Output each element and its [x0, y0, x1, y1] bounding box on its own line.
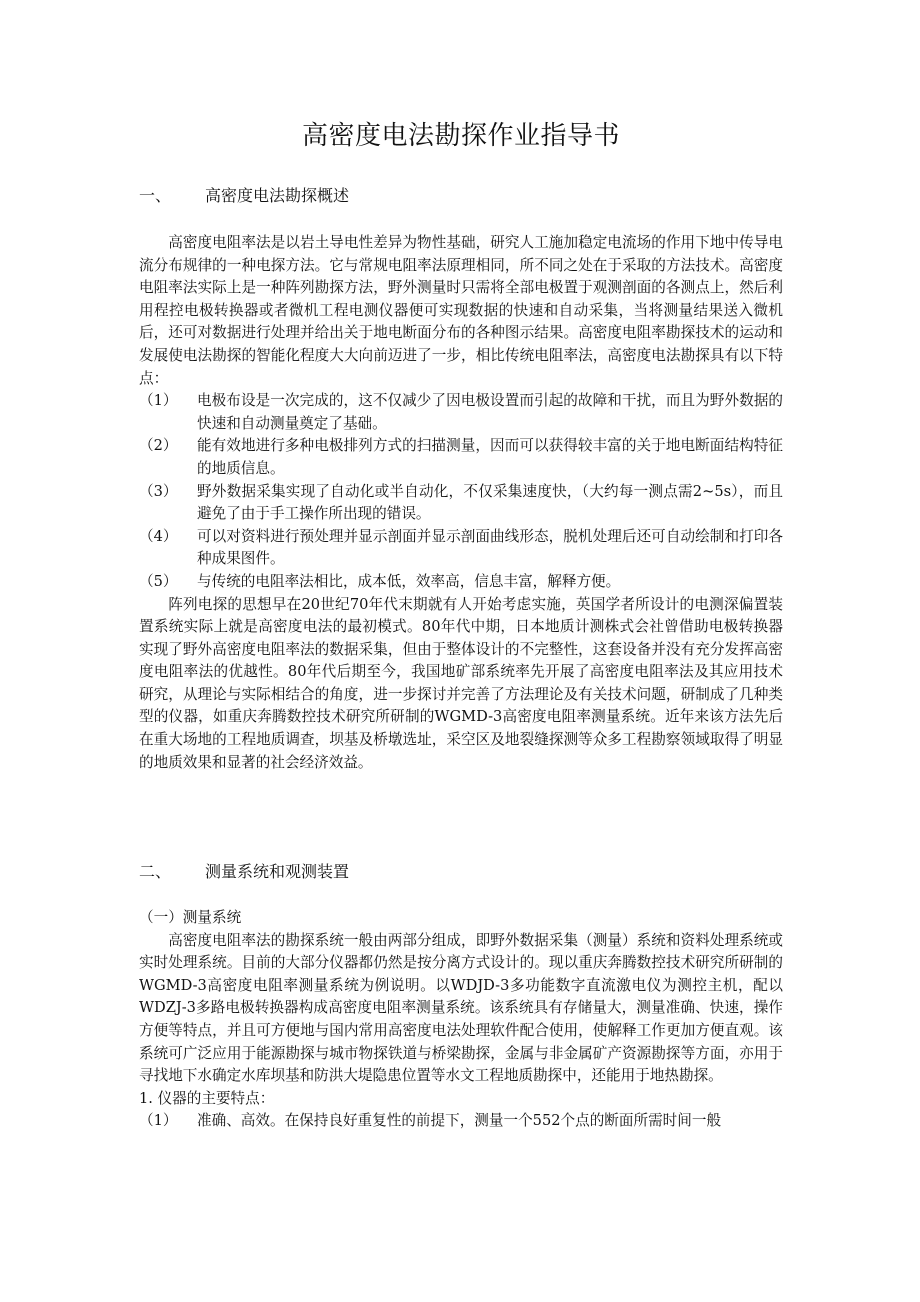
section-1-body: 高密度电阻率法是以岩土导电性差异为物性基础，研究人工施加稳定电流场的作用下地中传… — [139, 232, 783, 774]
section-2-title: 测量系统和观测装置 — [205, 862, 349, 881]
feature-text: 可以对资料进行预处理并显示剖面并显示剖面曲线形态，脱机处理后还可自动绘制和打印各… — [197, 526, 783, 571]
feature-item-4: （4） 可以对资料进行预处理并显示剖面并显示剖面曲线形态，脱机处理后还可自动绘制… — [139, 526, 783, 571]
feature-item-2: （2） 能有效地进行多种电极排列方式的扫描测量，因而可以获得较丰富的关于地电断面… — [139, 435, 783, 480]
subsection-1-heading: （一）测量系统 — [139, 907, 783, 930]
section-1-title: 高密度电法勘探概述 — [205, 186, 349, 205]
instrument-feature-item-1: （1） 准确、高效。在保持良好重复性的前提下，测量一个552个点的断面所需时间一… — [139, 1110, 783, 1133]
section-1-intro-paragraph: 高密度电阻率法是以岩土导电性差异为物性基础，研究人工施加稳定电流场的作用下地中传… — [139, 232, 783, 390]
feature-marker: （5） — [139, 571, 197, 594]
feature-item-1: （1） 电极布设是一次完成的，这不仅减少了因电极设置而引起的故障和干扰，而且为野… — [139, 390, 783, 435]
feature-text: 电极布设是一次完成的，这不仅减少了因电极设置而引起的故障和干扰，而且为野外数据的… — [197, 390, 783, 435]
section-1-heading: 一、高密度电法勘探概述 — [139, 184, 349, 208]
section-2-heading: 二、测量系统和观测装置 — [139, 860, 349, 884]
feature-text: 与传统的电阻率法相比，成本低，效率高，信息丰富，解释方便。 — [197, 571, 783, 594]
feature-text: 能有效地进行多种电极排列方式的扫描测量，因而可以获得较丰富的关于地电断面结构特征… — [197, 435, 783, 480]
section-2-body: （一）测量系统 高密度电阻率法的勘探系统一般由两部分组成，即野外数据采集（测量）… — [139, 907, 783, 1133]
feature-marker: （1） — [139, 390, 197, 435]
subsection-1-paragraph: 高密度电阻率法的勘探系统一般由两部分组成，即野外数据采集（测量）系统和资料处理系… — [139, 930, 783, 1088]
feature-text: 准确、高效。在保持良好重复性的前提下，测量一个552个点的断面所需时间一般 — [197, 1110, 783, 1133]
section-1-number: 一、 — [139, 184, 205, 208]
feature-marker: （4） — [139, 526, 197, 571]
feature-item-5: （5） 与传统的电阻率法相比，成本低，效率高，信息丰富，解释方便。 — [139, 571, 783, 594]
feature-text: 野外数据采集实现了自动化或半自动化，不仅采集速度快，（大约每一测点需2~5s），… — [197, 481, 783, 526]
instrument-features-heading: 1. 仪器的主要特点： — [139, 1088, 783, 1111]
document-title: 高密度电法勘探作业指导书 — [139, 118, 783, 154]
feature-marker: （3） — [139, 481, 197, 526]
section-1-history-paragraph: 阵列电探的思想早在20世纪70年代末期就有人开始考虑实施，英国学者所设计的电测深… — [139, 594, 783, 775]
feature-item-3: （3） 野外数据采集实现了自动化或半自动化，不仅采集速度快，（大约每一测点需2~… — [139, 481, 783, 526]
feature-marker: （1） — [139, 1110, 197, 1133]
section-2-number: 二、 — [139, 860, 205, 884]
feature-marker: （2） — [139, 435, 197, 480]
